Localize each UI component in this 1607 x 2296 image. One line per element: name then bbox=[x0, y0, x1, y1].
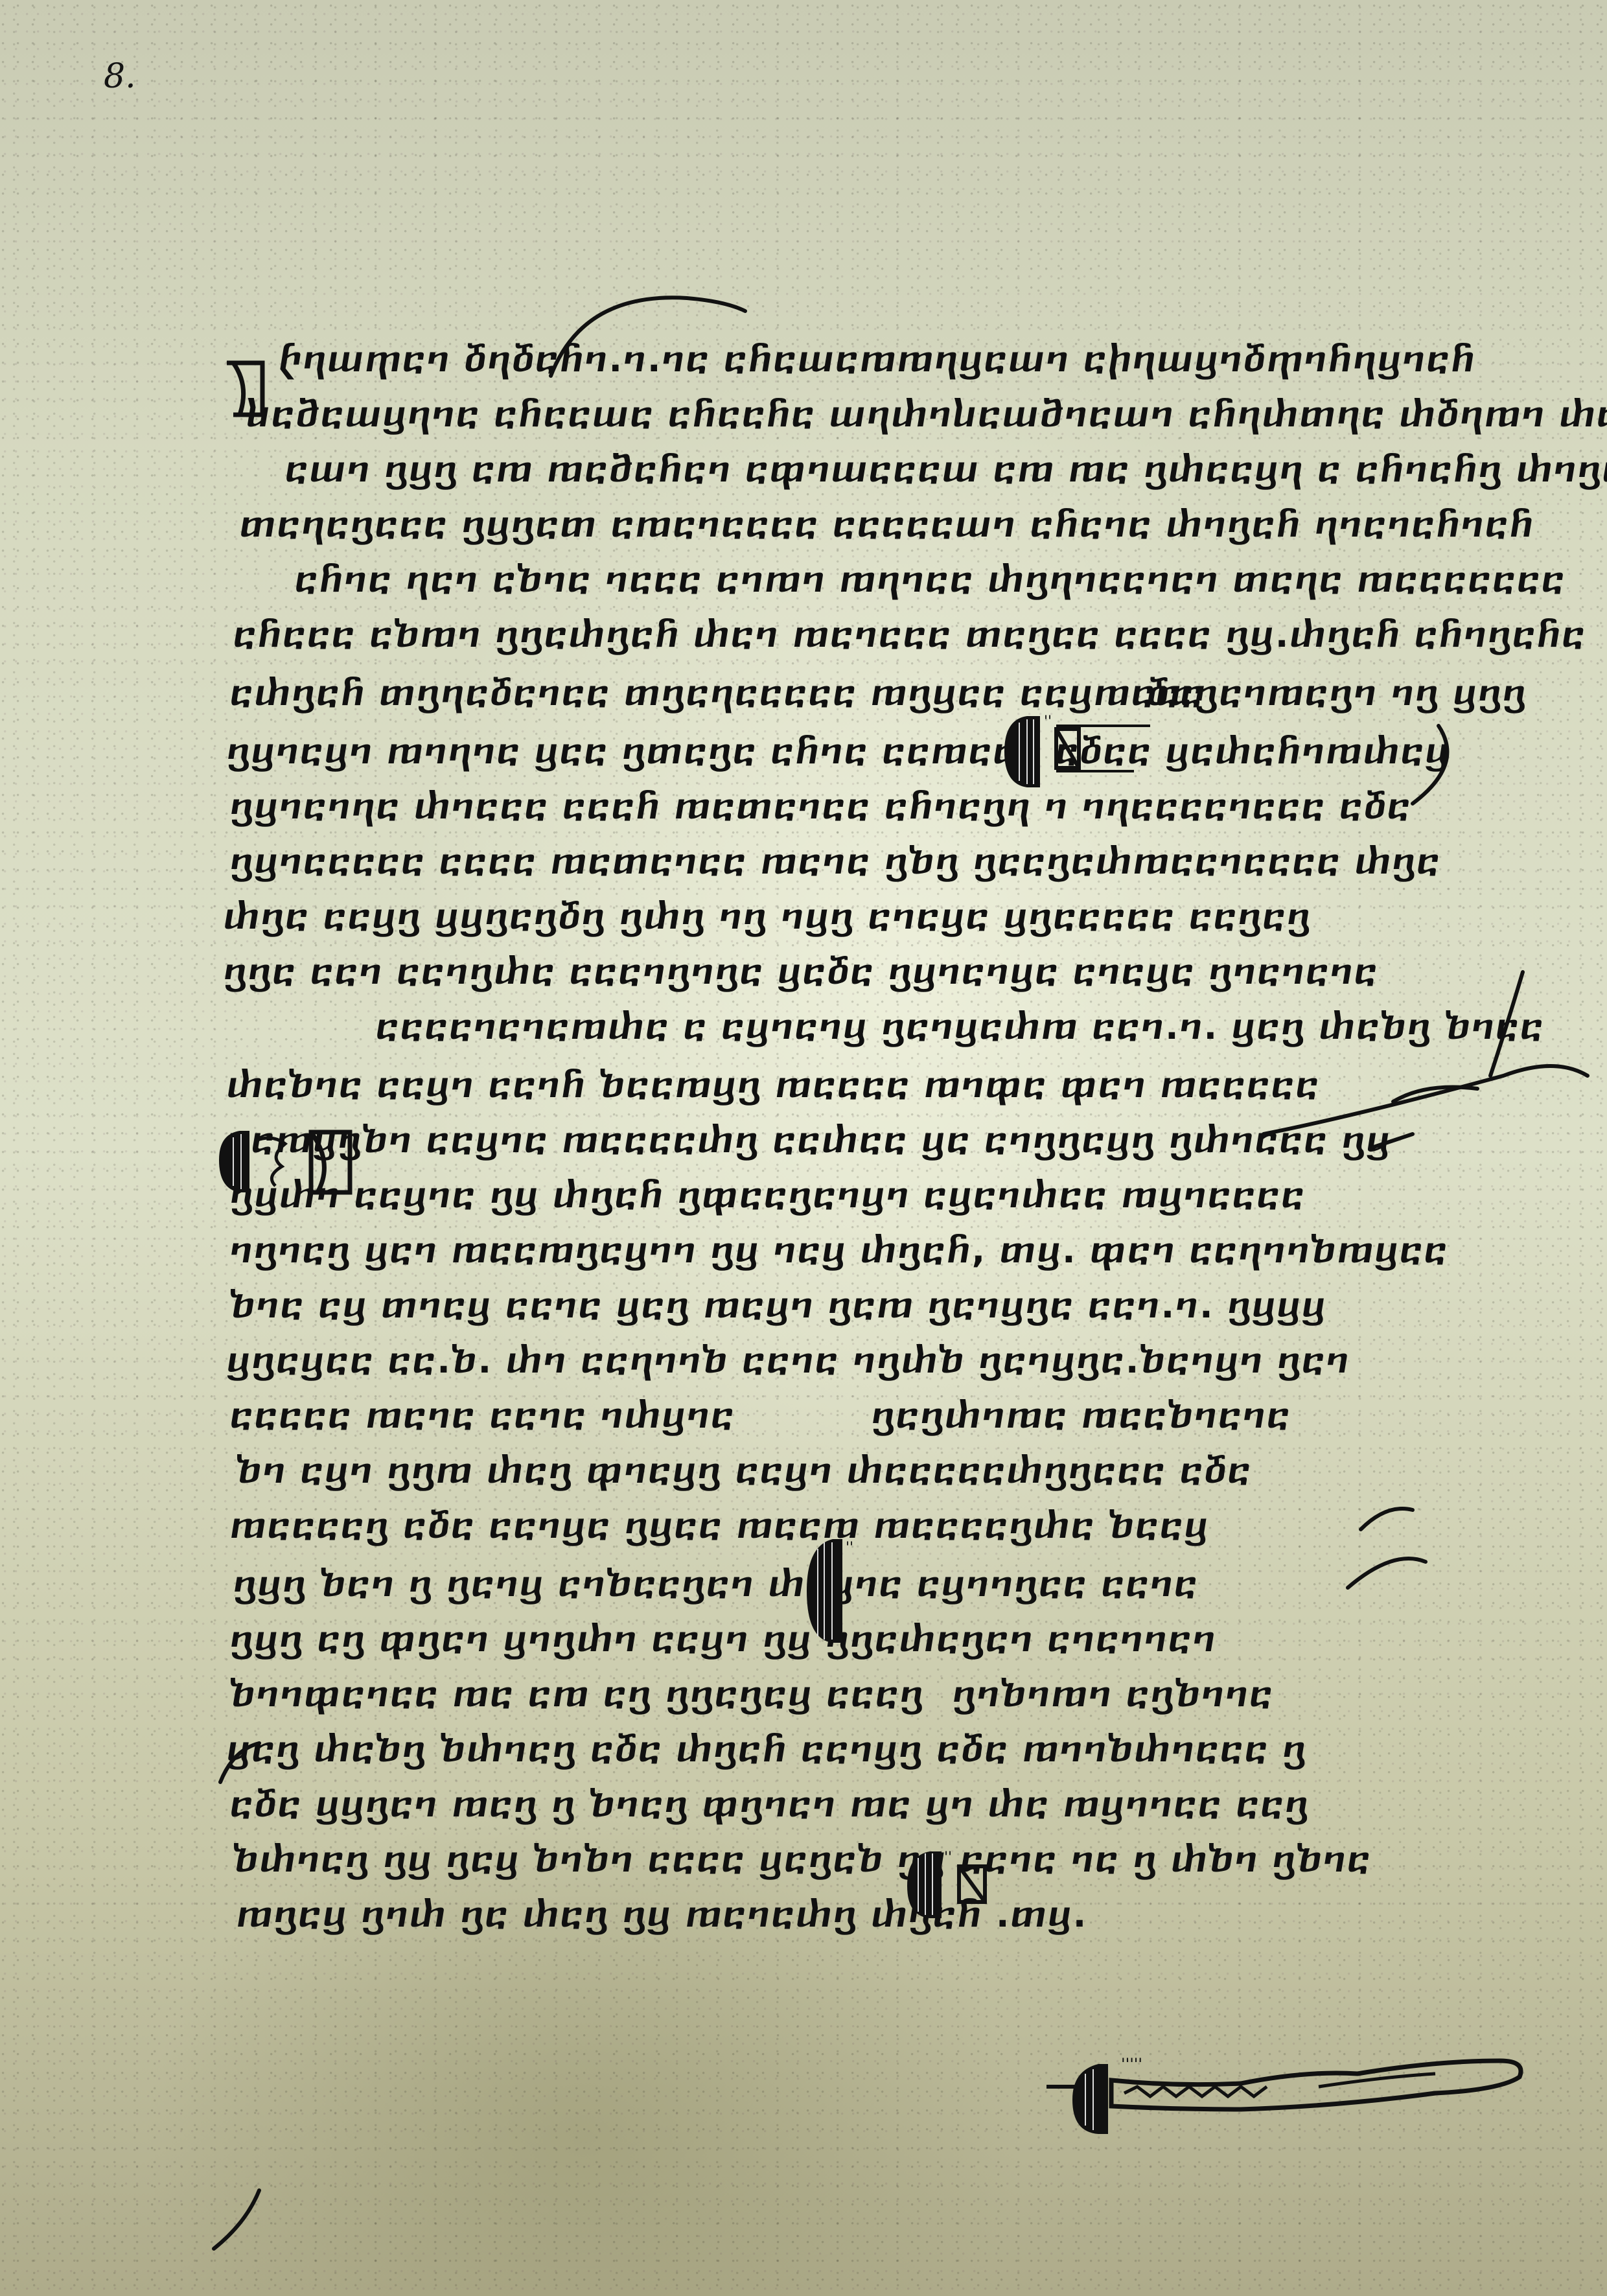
manuscript-line: ⴊⴀⴀⴀⴀⴂ ⴀⴃⴀ ⴀⴀⴈⴁⴀ ⴂⴁⴀⴀ ⴊⴀⴀⴊ ⴊⴀⴀⴀⴀⴂⴐⴀ ⴆⴀⴀⴁ bbox=[230, 1507, 1209, 1546]
manuscript-line: ⴐⴂⴀ ⴀⴀⴁⴂ ⴁⴁⴂⴀⴂⴃⴂ ⴂⴐⴂ ⴈⴂ ⴈⴁⴂ ⴀⴈⴀⴁⴀ ⴁⴂⴀⴀⴀⴀ… bbox=[224, 898, 1312, 936]
manuscript-line: ⴆⴈⴈⴔⴀⴈⴀⴀ ⴊⴀ ⴀⴊ ⴀⴂ ⴂⴂⴀⴂⴀⴁ ⴀⴀⴀⴂ bbox=[230, 1675, 925, 1714]
manuscript-line: ⴆⴈ ⴀⴁⴈ ⴂⴂⴊ ⴐⴀⴂ ⴔⴈⴀⴁⴂ ⴀⴀⴁⴈ ⴐⴀⴀⴀⴀⴀⴐⴂⴂⴀⴀⴀ ⴀ… bbox=[237, 1452, 1252, 1490]
svg-text:'': '' bbox=[846, 1540, 853, 1556]
illuminated-initial-4: '' bbox=[803, 1533, 881, 1649]
manuscript-line: ⴂⴁⴂ ⴀⴂ ⴔⴂⴀⴈ ⴁⴈⴂⴐⴈ ⴀⴀⴁⴈ ⴂⴁ ⴂⴂⴀⴐⴀⴂⴀⴈ ⴀⴈⴀⴈⴈ… bbox=[230, 1620, 1217, 1659]
manuscript-line: ⴑⴀⴋⴀⴍⴁⴄⴈⴀ ⴀⴌⴀⴀⴍⴀ ⴀⴌⴀⴀⴌⴀ ⴍⴄⴐⴈⴑⴀⴍⴋⴈⴀⴍⴈ ⴀⴌⴄ… bbox=[246, 395, 1607, 434]
manuscript-line: ⴀⴍⴈ ⴂⴁⴂ ⴀⴊ ⴊⴀⴋⴀⴌⴀⴈ ⴀⴔⴈⴍⴀⴀⴀⴍ ⴀⴊ ⴊⴀ ⴂⴐⴀⴀⴁⴄ… bbox=[285, 450, 1607, 489]
manuscript-line: ⴂⴁⴈⴀⴀⴀⴀⴀ ⴀⴀⴀⴀ ⴊⴀⴇⴀⴈⴀⴀ ⴊⴀⴈⴀ ⴂⴆⴂ ⴂⴀⴀⴂⴀⴐⴊⴀⴀ… bbox=[230, 842, 1441, 881]
manuscript-line: ⴆⴈⴀ ⴀⴁ ⴇⴈⴀⴁ ⴀⴀⴈⴀ ⴁⴀⴂ ⴊⴀⴁⴈ ⴂⴀⴊ ⴂⴀⴈⴁⴂⴀ ⴀⴀⴈ… bbox=[230, 1286, 1327, 1325]
manuscript-line: ⴀⴀⴊⴁⴂⴆⴈ ⴀⴀⴁⴈⴀ ⴊⴀⴀⴀⴀⴐⴂ ⴀⴀⴐⴀⴀ ⴁⴀ ⴀⴈⴂⴂⴀⴁⴂ ⴂ… bbox=[227, 1121, 1391, 1160]
manuscript-line: ⴀⴌⴈⴀ ⴄⴀⴈ ⴀⴆⴈⴀ ⴈⴀⴀⴀ ⴀⴈⴊⴈ ⴊⴄⴈⴀⴀ ⴐⴂⴄⴈⴀⴀⴈⴀⴈ … bbox=[295, 561, 1566, 599]
page-number: 8. bbox=[104, 57, 136, 96]
illuminated-initial-2: '' bbox=[1001, 706, 1150, 797]
manuscript-line: ⴂⴈⴆⴈⴊⴈ ⴀⴂⴆⴈⴈⴀ bbox=[953, 1675, 1274, 1714]
manuscript-line: ⴆⴐⴈⴀⴂ ⴂⴁ ⴂⴀⴁ ⴆⴈⴆⴈ ⴀⴀⴀⴀ ⴁⴀⴂⴀⴆ ⴂⴁ ⴀⴀⴈⴀ ⴈⴀ … bbox=[233, 1840, 1372, 1879]
manuscript-line: ⴡⴄⴍⴅⴀⴈ ⴃⴄⴃⴀⴌⴈ.ⴈ.ⴈⴀ ⴀⴌⴀⴍⴀⴊⴊⴄⴁⴀⴍⴈ ⴀⴙⴄⴍⴁⴈⴃⴅ… bbox=[279, 340, 1476, 379]
manuscript-line: ⴁⴂⴀⴁⴀⴀ ⴀⴀ.ⴆ. ⴐⴈ ⴀⴀⴄⴈⴈⴆ ⴀⴀⴈⴀ ⴈⴂⴐⴆ ⴂⴀⴈⴁⴂⴀ.… bbox=[227, 1341, 1350, 1380]
manuscript-line: ⴀⴃⴀ ⴁⴁⴂⴀⴈ ⴊⴀⴂ ⴂ ⴆⴈⴀⴂ ⴔⴂⴈⴀⴈ ⴊⴀ ⴁⴈ ⴐⴀ ⴊⴁⴈⴈ… bbox=[230, 1785, 1310, 1824]
manuscript-line: ⴃⴀⴂⴀⴈⴊⴀⴂⴈ ⴈⴂ ⴁⴂⴂ bbox=[1147, 674, 1527, 713]
manuscript-line: ⴀⴌⴀⴀⴀ ⴀⴆⴊⴈ ⴂⴂⴀⴐⴂⴀⴌ ⴐⴀⴈ ⴊⴀⴈⴀⴀⴀ ⴇⴀⴂⴀⴀ ⴀⴀⴀⴀ… bbox=[233, 616, 1586, 655]
svg-text:'': '' bbox=[1044, 713, 1052, 730]
svg-text:'': '' bbox=[944, 1850, 952, 1866]
interlace-initial-3 bbox=[214, 1124, 363, 1202]
manuscript-line: ⴂⴀⴂⴐⴈⴊⴀ ⴊⴀⴀⴆⴈⴀⴈⴀ bbox=[872, 1397, 1291, 1435]
manuscript-line: ⴀⴀⴀⴀⴈⴀⴈⴀⴊⴐⴀ ⴀ ⴀⴁⴈⴀⴈⴁ ⴂⴀⴈⴁⴀⴐⴊ ⴀⴀⴈ.ⴈ. ⴁⴀⴂ … bbox=[376, 1008, 1545, 1047]
tailpiece-ornament: ''''' bbox=[1046, 2058, 1552, 2142]
manuscript-line: ⴂⴁⴈⴀⴁⴈ ⴊⴈⴄⴈⴀ ⴁⴀⴀ ⴂⴇⴀⴂⴀ ⴀⴌⴈⴀ ⴀⴀⴊⴀⴀⴀ ⴀⴃⴀⴀ … bbox=[227, 732, 1450, 771]
svg-text:''''': ''''' bbox=[1121, 2058, 1142, 2073]
manuscript-line: ⴈⴂⴈⴀⴂ ⴁⴀⴈ ⴊⴀⴀⴊⴂⴀⴁⴈⴈ ⴂⴁ ⴈⴀⴁ ⴐⴂⴀⴌ, ⴇⴁ. ⴔⴀⴈ… bbox=[230, 1231, 1449, 1270]
manuscript-line: ⴇⴀⴄⴀⴂⴀⴀⴀ ⴂⴁⴂⴀⴇ ⴀⴊⴀⴈⴀⴀⴀⴀ ⴀⴀⴀⴀⴀⴍⴈ ⴀⴌⴀⴈⴀ ⴐⴈ… bbox=[240, 505, 1534, 544]
manuscript-line: ⴂⴂⴀ ⴀⴀⴈ ⴀⴀⴈⴂⴐⴀ ⴀⴀⴀⴈⴂⴈⴂⴀ ⴁⴀⴃⴀ ⴂⴁⴈⴀⴈⴁⴀ ⴀⴈⴀ… bbox=[224, 953, 1379, 991]
manuscript-line: ⴂⴁⴂ ⴆⴀⴈ ⴂ ⴂⴀⴈⴁ ⴀⴈⴆⴀⴀⴂⴀⴈ ⴐⴀⴁⴈⴀ ⴀⴁⴈⴈⴂⴀⴀ ⴀⴀ… bbox=[233, 1565, 1199, 1604]
illuminated-initial-5: '' bbox=[904, 1844, 1014, 1921]
manuscript-line: ⴂⴁⴈⴀⴈⴄⴀ ⴐⴈⴀⴀⴀ ⴀⴀⴀⴌ ⴊⴀⴇⴀⴈⴀⴀ ⴀⴌⴈⴀⴂⴄ ⴈ ⴈⴄⴀⴀ… bbox=[230, 787, 1412, 826]
manuscript-line: ⴀⴀⴀⴀⴀ ⴊⴀⴈⴀ ⴀⴀⴈⴀ ⴈⴐⴁⴈⴀ bbox=[230, 1397, 735, 1435]
initial-letter-1 bbox=[224, 360, 269, 418]
manuscript-line: ⴂⴁⴐⴈ ⴀⴀⴁⴈⴀ ⴂⴁ ⴐⴂⴀⴌ ⴂⴔⴀⴀⴂⴀⴈⴁⴈ ⴀⴁⴀⴈⴐⴀⴀ ⴊⴁⴈ… bbox=[230, 1176, 1306, 1215]
manuscript-line: ⴁⴀⴂ ⴐⴀⴆⴂ ⴆⴐⴈⴀⴂ ⴀⴃⴀ ⴐⴂⴀⴌ ⴀⴀⴈⴁⴂ ⴀⴃⴀ ⴊⴈⴈⴆⴐⴈ… bbox=[227, 1730, 1307, 1769]
manuscript-line: ⴐⴀⴆⴈⴀ ⴀⴀⴁⴈ ⴀⴀⴈⴌ ⴆⴀⴀⴊⴁⴂ ⴊⴀⴀⴀⴀ ⴊⴈⴔⴀ ⴔⴀⴈ ⴊⴀ… bbox=[227, 1066, 1320, 1105]
